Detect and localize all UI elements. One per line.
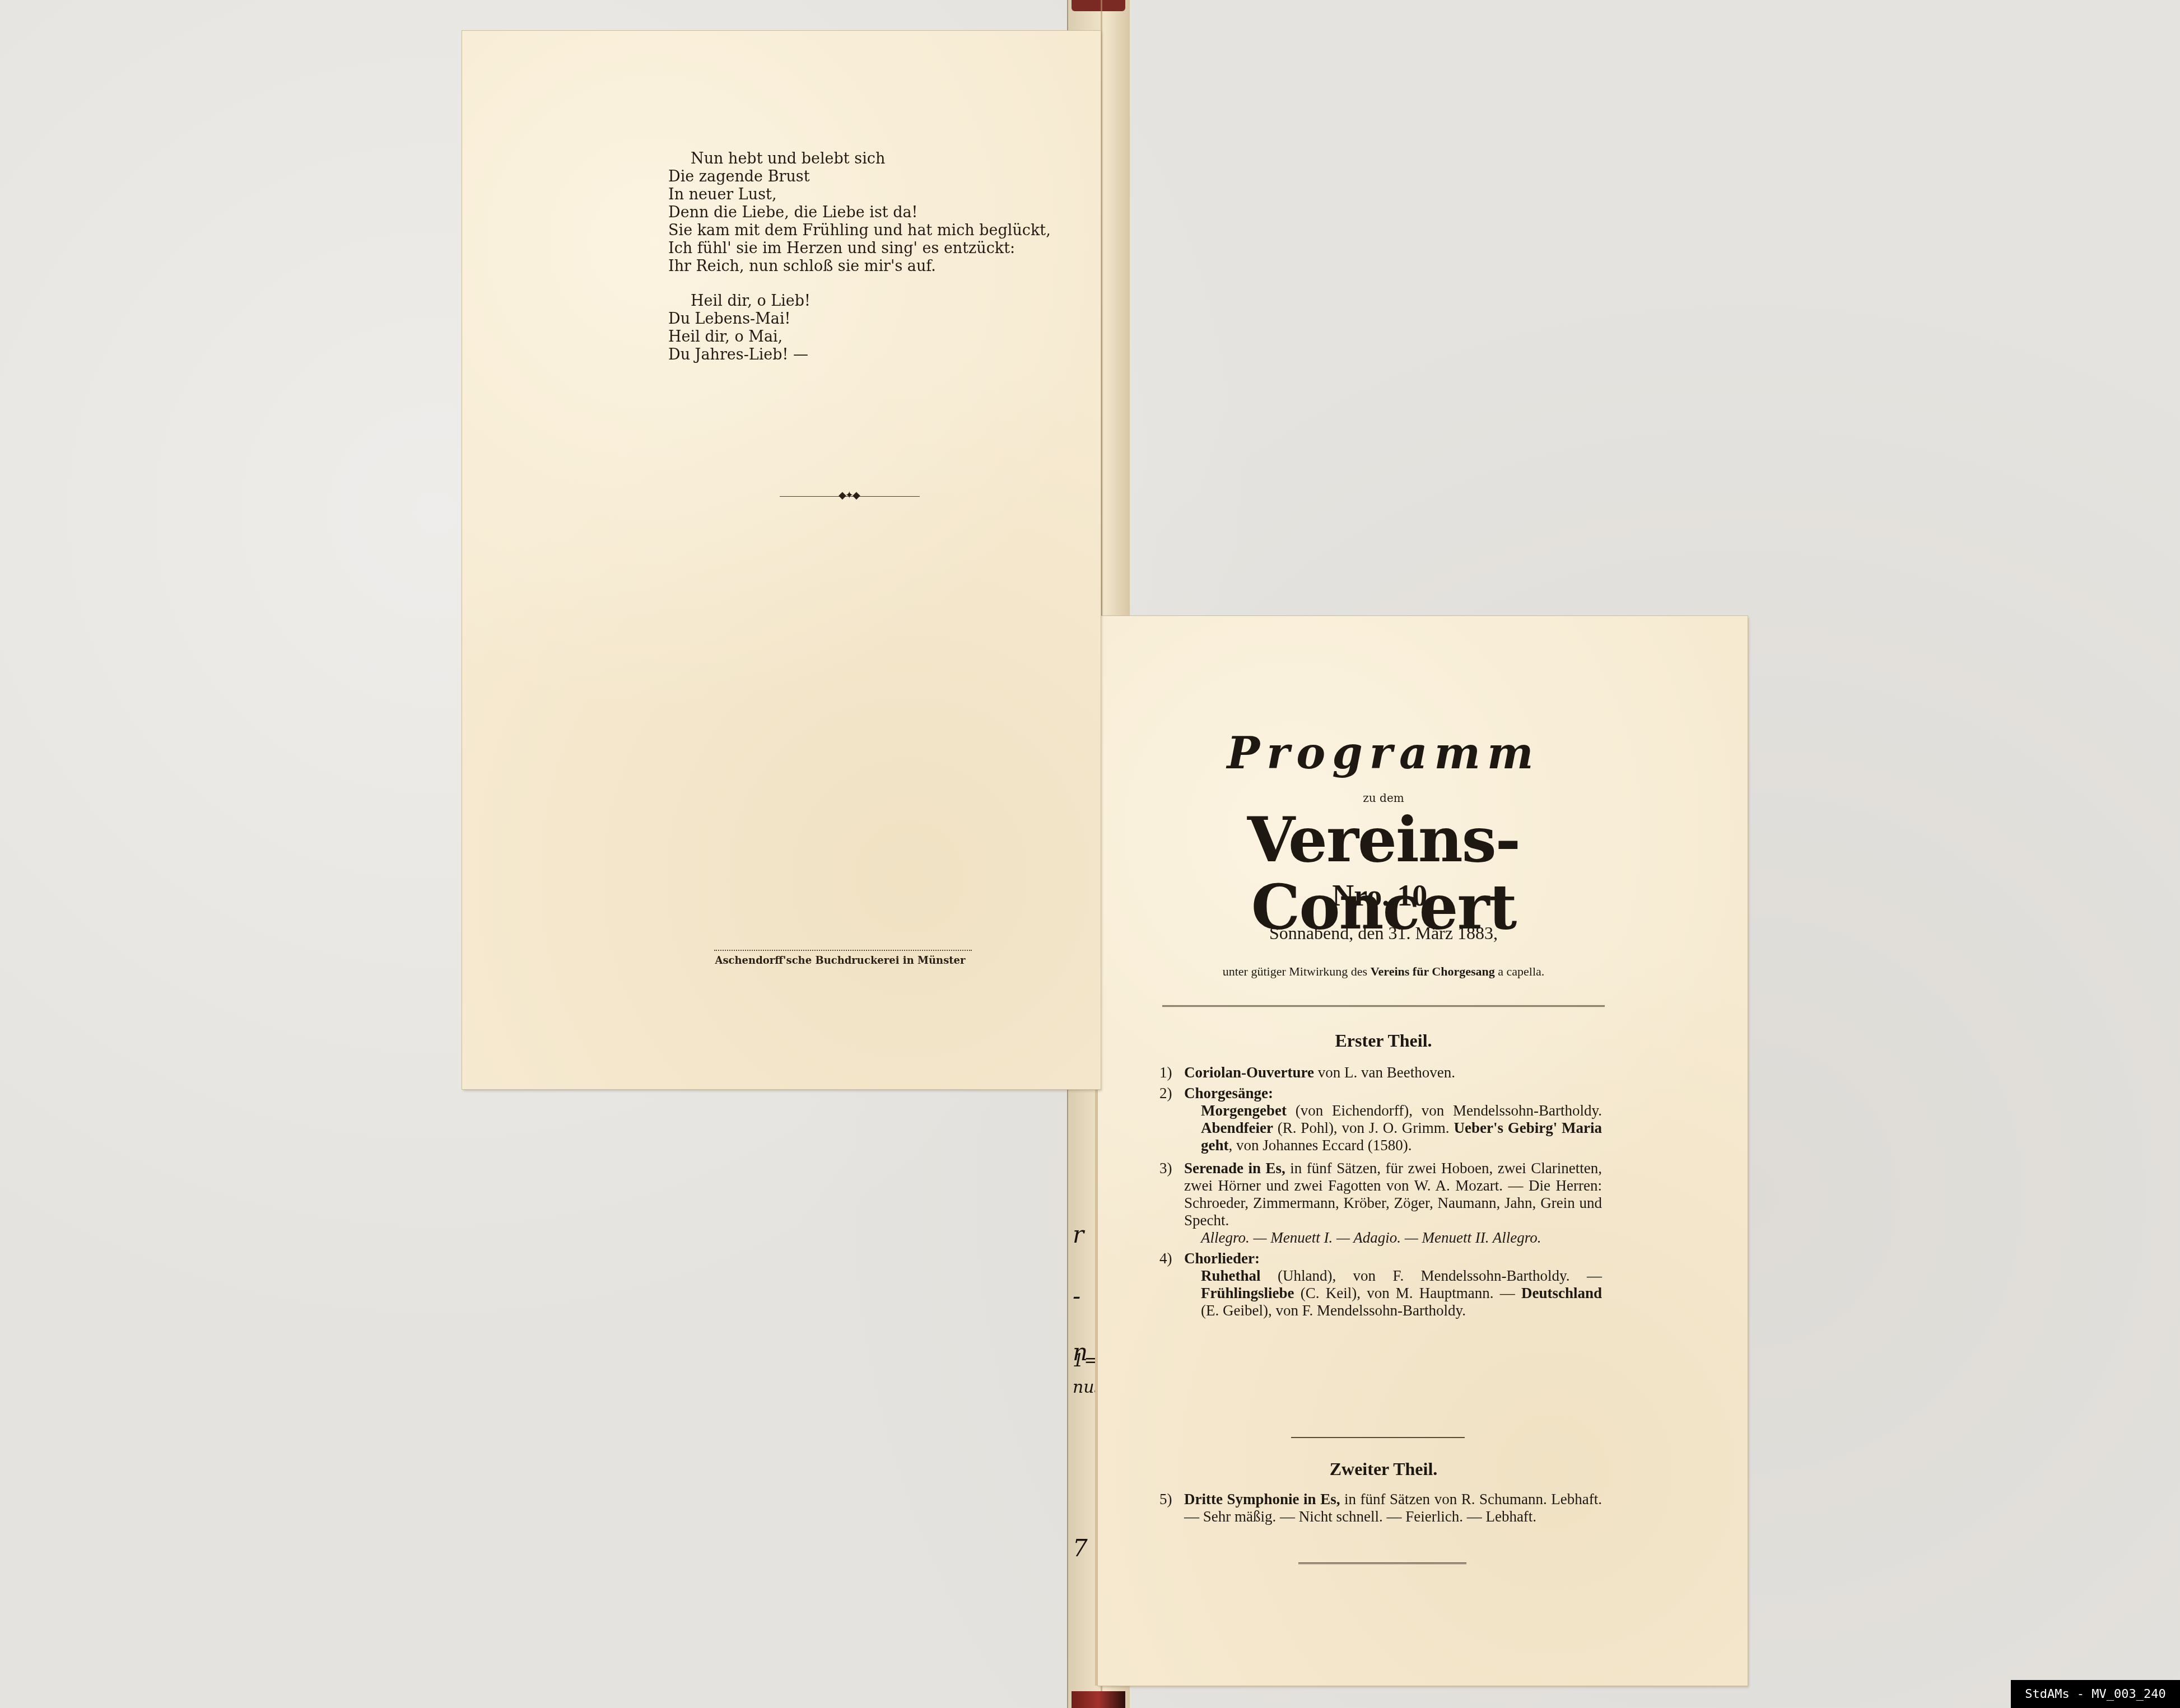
movements: Allegro. — Menuett I. — Adagio. — Menuet…	[1184, 1229, 1602, 1247]
ornament-divider: ◆✦◆	[780, 494, 920, 500]
assisting-ensemble: unter gütiger Mitwirkung des Vereins für…	[1154, 964, 1613, 979]
poem-line: Denn die Liebe, die Liebe ist da!	[668, 204, 1051, 222]
item-number: 4)	[1159, 1250, 1184, 1319]
concert-title: Vereins-Concert	[1154, 806, 1613, 941]
poem-line: Du Jahres-Lieb! —	[668, 346, 1051, 364]
item-number: 1)	[1159, 1064, 1184, 1081]
song-details: , von Johannes Eccard (1580).	[1229, 1137, 1412, 1154]
piece-title: Serenade in Es,	[1184, 1160, 1285, 1177]
program-item: 2) Chorgesänge: Morgengebet (von Eichend…	[1159, 1085, 1602, 1154]
poem-line: Ich fühl' sie im Herzen und sing' es ent…	[668, 240, 1051, 258]
assist-prefix: unter gütiger Mitwirkung des	[1223, 964, 1367, 978]
part-2-heading: Zweiter Theil.	[1154, 1459, 1613, 1480]
program-item: 5) Dritte Symphonie in Es, in fünf Sätze…	[1159, 1491, 1602, 1525]
piece-title: Dritte Symphonie in Es,	[1184, 1491, 1340, 1508]
item-number: 3)	[1159, 1160, 1184, 1247]
program-item: 4) Chorlieder: Ruhethal (Uhland), von F.…	[1159, 1250, 1602, 1319]
song-title: Ruhethal	[1201, 1267, 1261, 1284]
piece-details: von L. van Beethoven.	[1314, 1064, 1455, 1081]
poem-line: Du Lebens-Mai!	[668, 310, 1051, 328]
assist-suffix: a capella.	[1498, 964, 1544, 978]
part-1-list: 1) Coriolan-Ouverture von L. van Beethov…	[1159, 1064, 1602, 1323]
part-1-heading: Erster Theil.	[1154, 1030, 1613, 1051]
handwriting-mark: -	[1073, 1282, 1080, 1310]
song-details: (von Eichendorff), von Mendelssohn-Barth…	[1287, 1102, 1602, 1119]
binding-thread-bottom	[1072, 1691, 1125, 1708]
divider	[1162, 1005, 1605, 1007]
archive-caption: StdAMs - MV_003_240	[2011, 1680, 2180, 1708]
divider	[1291, 1437, 1465, 1438]
song-title: Abendfeier	[1201, 1119, 1273, 1136]
program-subtitle: zu dem	[1154, 791, 1613, 805]
piece-title: Chorlieder:	[1184, 1250, 1260, 1267]
song-title: Deutschland	[1521, 1285, 1602, 1301]
program-item: 1) Coriolan-Ouverture von L. van Beethov…	[1159, 1064, 1602, 1081]
handwriting-mark: r	[1073, 1221, 1084, 1248]
end-divider	[1298, 1562, 1466, 1564]
poem-line: Sie kam mit dem Frühling und hat mich be…	[668, 222, 1051, 240]
program-title: Programm	[1154, 728, 1613, 779]
poem-line: Heil dir, o Lieb!	[668, 292, 1051, 310]
part-2-list: 5) Dritte Symphonie in Es, in fünf Sätze…	[1159, 1491, 1602, 1529]
poem-line: In neuer Lust,	[668, 186, 1051, 204]
poem-text: Nun hebt und belebt sich Die zagende Bru…	[668, 150, 1051, 364]
item-number: 2)	[1159, 1085, 1184, 1154]
song-details: (E. Geibel), von F. Mendelssohn-Barthold…	[1201, 1302, 1466, 1319]
concert-number: Nro. 10.	[1154, 878, 1613, 913]
item-number: 5)	[1159, 1491, 1184, 1525]
song-title: Frühlingsliebe	[1201, 1285, 1294, 1301]
binding-thread-top	[1072, 0, 1125, 11]
song-details: (R. Pohl), von J. O. Grimm.	[1273, 1119, 1454, 1136]
poem-line: Nun hebt und belebt sich	[668, 150, 1051, 168]
printer-rule	[714, 950, 972, 954]
concert-date: Sonnabend, den 31. März 1883,	[1154, 923, 1613, 944]
song-title: Morgengebet	[1201, 1102, 1287, 1119]
song-details: (Uhland), von F. Mendelssohn-Bartholdy. …	[1261, 1267, 1602, 1284]
assist-ensemble-name: Vereins für Chorgesang	[1371, 964, 1495, 978]
piece-title: Coriolan-Ouverture	[1184, 1064, 1314, 1081]
piece-title: Chorgesänge:	[1184, 1085, 1273, 1102]
poem-line: Ihr Reich, nun schloß sie mir's auf.	[668, 258, 1051, 276]
program-item: 3) Serenade in Es, in fünf Sätzen, für z…	[1159, 1160, 1602, 1247]
ornament-icon: ◆✦◆	[839, 489, 859, 501]
printer-imprint: Aschendorff'sche Buchdruckerei in Münste…	[700, 955, 980, 967]
song-details: (C. Keil), von M. Hauptmann. —	[1294, 1285, 1521, 1301]
poem-line: Heil dir, o Mai,	[668, 328, 1051, 346]
handwriting-mark: 7	[1073, 1534, 1088, 1562]
poem-line: Die zagende Brust	[668, 168, 1051, 186]
